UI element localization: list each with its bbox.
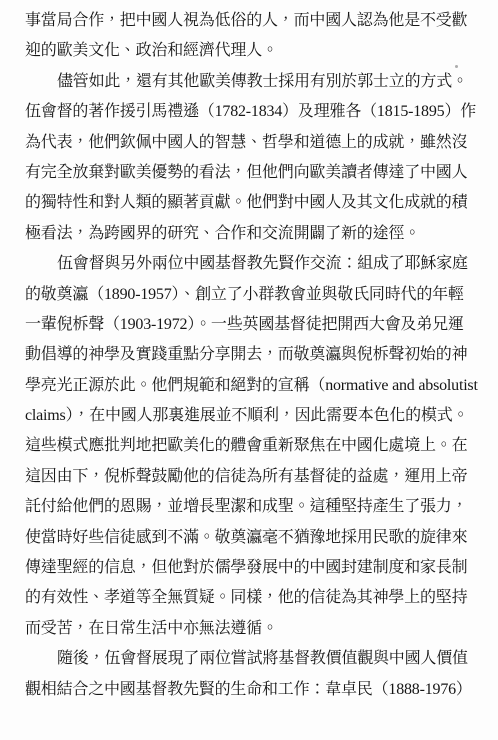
body-text: 事當局合作，把中國人視為低俗的人，而中國人認為他是不受歡迎的歐美文化、政治和經濟…	[25, 6, 474, 705]
text-line: 使當時好些信徒感到不滿。敬奠瀛毫不猶豫地採用民歌的旋律來	[25, 523, 474, 553]
text-line: 為代表，他們欽佩中國人的智慧、哲學和道德上的成就，雖然沒	[25, 128, 474, 158]
text-line: 隨後，伍會督展現了兩位嘗試將基督教價值觀與中國人價值	[25, 644, 474, 674]
text-line: 儘管如此，還有其他歐美傳教士採用有別於郭士立的方式。	[25, 67, 474, 97]
text-line: 迎的歐美文化、政治和經濟代理人。	[25, 36, 474, 66]
text-line: 的有效性、孝道等全無質疑。同樣，他的信徒為其神學上的堅持	[25, 583, 474, 613]
scan-speck	[455, 65, 458, 68]
text-line: 的獨特性和對人類的顯著貢獻。他們對中國人及其文化成就的積	[25, 188, 474, 218]
text-line: 學亮光正源於此。他們規範和絕對的宣稱（normative and absolut…	[25, 371, 474, 401]
text-line: 伍會督與另外兩位中國基督教先賢作交流：組成了耶穌家庭	[25, 249, 474, 279]
text-line: 而受苦，在日常生活中亦無法遵循。	[25, 614, 474, 644]
book-page: 事當局合作，把中國人視為低俗的人，而中國人認為他是不受歡迎的歐美文化、政治和經濟…	[0, 0, 498, 740]
text-line: claims），在中國人那裏進展並不順利，因此需要本色化的模式。	[25, 401, 474, 431]
text-line: 的敬奠瀛（1890-1957）、創立了小群教會並與敬氏同時代的年輕	[25, 280, 474, 310]
text-line: 動倡導的神學及實踐重點分享開去，而敬奠瀛與倪柝聲初始的神	[25, 340, 474, 370]
text-line: 一輩倪柝聲（1903-1972）。一些英國基督徒把開西大會及弟兄運	[25, 310, 474, 340]
text-line: 這因由下，倪柝聲鼓勵他的信徒為所有基督徒的益處，運用上帝	[25, 462, 474, 492]
text-line: 觀相結合之中國基督教先賢的生命和工作：韋卓民（1888-1976）	[25, 675, 474, 705]
text-line: 事當局合作，把中國人視為低俗的人，而中國人認為他是不受歡	[25, 6, 474, 36]
text-line: 極看法，為跨國界的研究、合作和交流開闢了新的途徑。	[25, 219, 474, 249]
text-line: 託付給他們的恩賜，並增長聖潔和成聖。這種堅持產生了張力，	[25, 492, 474, 522]
text-line: 有完全放棄對歐美優勢的看法，但他們向歐美讀者傳達了中國人	[25, 158, 474, 188]
text-line: 伍會督的著作援引馬禮遜（1782-1834）及理雅各（1815-1895）作	[25, 97, 474, 127]
text-line: 傳達聖經的信息，但他對於儒學發展中的中國封建制度和家長制	[25, 553, 474, 583]
text-line: 這些模式應批判地把歐美化的體會重新聚焦在中國化處境上。在	[25, 431, 474, 461]
